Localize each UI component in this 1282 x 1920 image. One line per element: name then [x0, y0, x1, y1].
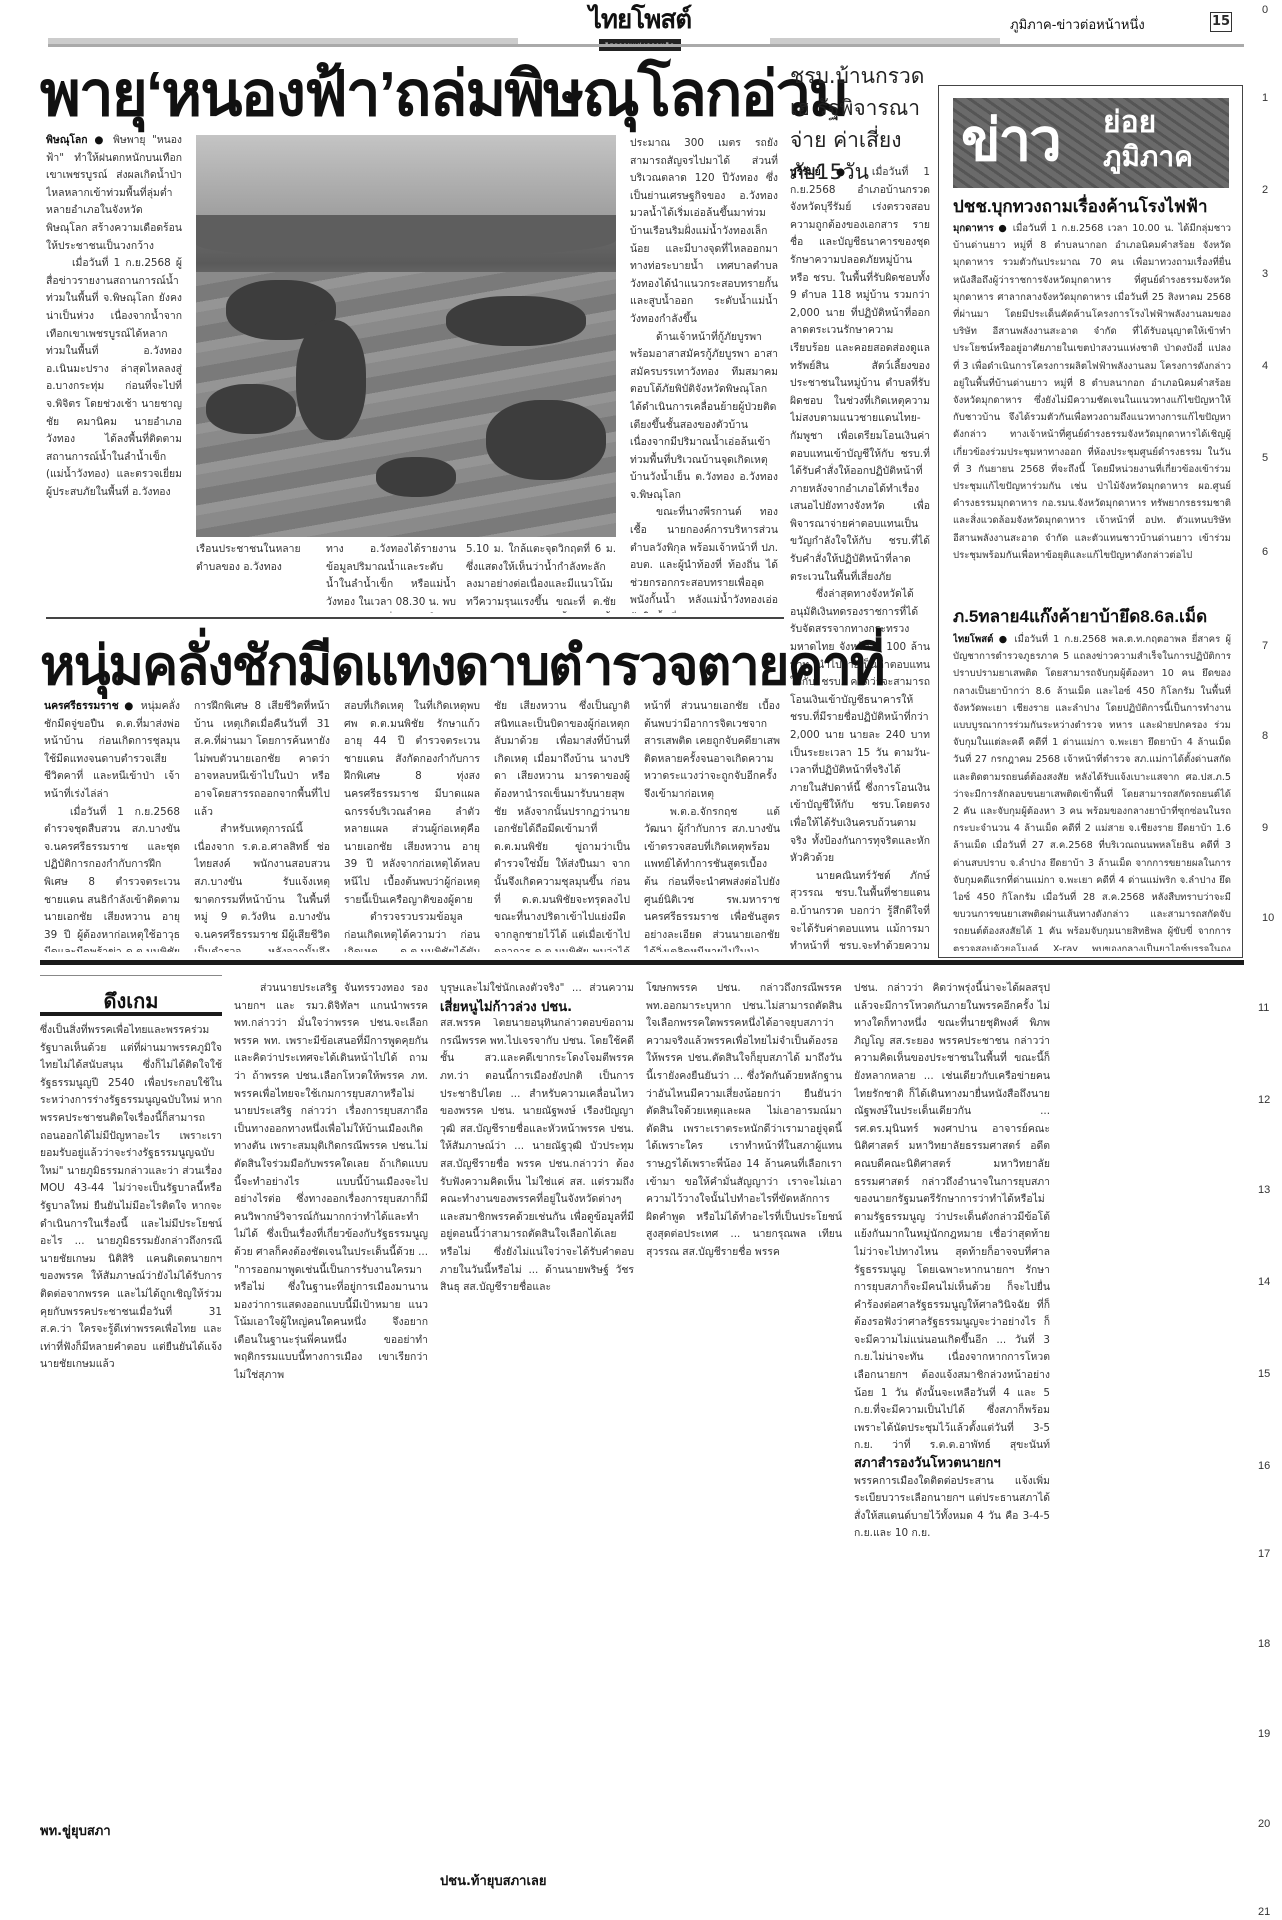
column-text-2: ส่วนนายประเสริฐ จันทรรวงทอง รองนายกฯ และ…	[234, 980, 428, 1914]
article-stabbing-col2: การฝึกพิเศษ 8 เสียชีวิตที่หน้าบ้าน เหตุเ…	[194, 698, 330, 952]
article-flood-col4: ประมาณ 300 เมตร รถยังสามารถสัญจรไปมาได้ …	[630, 135, 778, 613]
margin-number: 19	[1258, 1728, 1270, 1740]
subhead-pt-threat: พท.ขู่ยุบสภา	[40, 1822, 222, 1842]
margin-number: 7	[1262, 640, 1268, 652]
margin-number: 9	[1262, 822, 1268, 834]
article-buriram: บุรีรัมย์ ● เมื่อวันที่ 1 ก.ย.2568 อำเภอ…	[790, 164, 930, 954]
margin-number: 6	[1262, 546, 1268, 558]
section-divider-thick	[40, 960, 1244, 965]
masthead-logo: ไทยโพสต์	[520, 6, 760, 32]
subhead-parliament: สภาสำรองวันโหวตนายกฯ	[854, 1454, 1050, 1474]
flood-photo	[196, 135, 616, 537]
section-divider	[46, 617, 784, 619]
column-text-1: ซึ่งเป็นสิ่งที่พรรคเพื่อไทยและพรรคร่วมรั…	[40, 1022, 222, 1914]
headline-flood: พายุ‘หนองฟ้า’ถล่มพิษณุโลกอ่วม	[40, 55, 800, 135]
margin-number: 17	[1258, 1548, 1270, 1560]
brief-headline-1: ปชช.บุกทวงถามเรื่องค้านโรงไฟฟ้า	[953, 196, 1233, 218]
column-text-4: โฆษกพรรค ปชน. กล่าวถึงกรณีพรรค พท.ออกมาร…	[646, 980, 842, 1914]
margin-number: 16	[1258, 1460, 1270, 1472]
margin-number: 0	[1262, 4, 1268, 16]
margin-number: 4	[1262, 360, 1268, 372]
regional-briefs-box: ข่าว ย่อย ภูมิภาค ปชช.บุกทวงถามเรื่องค้า…	[938, 85, 1243, 958]
margin-number: 12	[1258, 1094, 1270, 1106]
section-label: ภูมิภาค-ข่าวต่อหน้าหนึ่ง	[1010, 14, 1145, 35]
margin-number: 1	[1262, 92, 1268, 104]
margin-number: 2	[1262, 184, 1268, 196]
header-rule-left	[48, 38, 518, 44]
margin-number: 11	[1258, 1002, 1269, 1014]
header-rule	[48, 44, 1244, 47]
article-flood-col2a	[196, 576, 326, 616]
masthead: ไทยโพสต์ อิสรภาพแห่งความคิด	[520, 6, 760, 42]
brief-headline-2: ภ.5ทลาย4แก๊งค้ายาบ้ายึด8.6ล.เม็ด	[953, 606, 1233, 628]
margin-number: 18	[1258, 1638, 1270, 1650]
subhead-anutin: เสี่ยหนูไม่ก้าวล่วง ปชน.	[440, 998, 634, 1018]
dateline: พิษณุโลก ●	[46, 134, 107, 146]
page-number: 15	[1210, 12, 1232, 32]
column-title-rule-top	[40, 975, 222, 976]
margin-number: 5	[1262, 452, 1268, 464]
margin-number: 14	[1258, 1276, 1270, 1288]
margin-number: 8	[1262, 730, 1268, 742]
article-stabbing-col1: นครศรีธรรมราช ● หนุ่มคลั่งชักมีดจู่ขอปืน…	[44, 698, 180, 952]
article-stabbing-col4: ชัย เสียงหวาน ซึ่งเป็นญาติสนิทและเป็นบิด…	[494, 698, 630, 952]
margin-number: 15	[1258, 1368, 1270, 1380]
article-flood-col3: 5.10 ม. ใกล้แตะจุดวิกฤตที่ 6 ม. ซึ่งแสดง…	[466, 541, 616, 613]
brief-body-2: ไทยโพสต์ ● เมื่อวันที่ 1 ก.ย.2568 พล.ต.ท…	[953, 631, 1231, 951]
subhead-ppl-dare: ปชน.ท้ายุบสภาเลย	[440, 1872, 634, 1892]
margin-number: 20	[1258, 1818, 1270, 1830]
article-flood-col2: ทาง อ.วังทองได้รายงานข้อมูลปริมาณน้ำและร…	[326, 541, 456, 613]
article-stabbing-col3: สอบที่เกิดเหตุ ในที่เกิดเหตุพบศพ ด.ต.มนพ…	[344, 698, 480, 952]
margin-number: 21	[1258, 1906, 1270, 1918]
margin-number: 10	[1262, 912, 1274, 924]
header-rule-right	[770, 38, 1000, 44]
margin-number: 3	[1262, 268, 1268, 280]
photo-caption: เรือนประชาชนในหลายตำบลของ อ.วังทอง	[196, 541, 326, 576]
column-title-rule-bottom	[40, 1012, 222, 1016]
column-text-5: ปชน. กล่าวว่า คิดว่าพรุ่งนี้น่าจะได้ผลสร…	[854, 980, 1050, 1914]
briefs-banner: ข่าว ย่อย ภูมิภาค	[953, 98, 1229, 188]
brief-body-1: มุกดาหาร ● เมื่อวันที่ 1 ก.ย.2568 เวลา 1…	[953, 220, 1231, 600]
headline-stabbing: หนุ่มคลั่งชักมีดแทงดาบตำรวจตายคาที่	[40, 636, 800, 696]
column-text-3: บุรุษและไม่ใช่นักเลงตัวจริง" ... ส่วนควา…	[440, 980, 634, 1914]
article-flood-col1: พิษณุโลก ● พิษพายุ "หนองฟ้า" ทำให้ฝนตกหน…	[46, 132, 182, 536]
margin-number: 13	[1258, 1184, 1270, 1196]
article-stabbing-col5: หน้าที่ ส่วนนายเอกชัย เบื้องต้นพบว่ามีอา…	[644, 698, 780, 952]
